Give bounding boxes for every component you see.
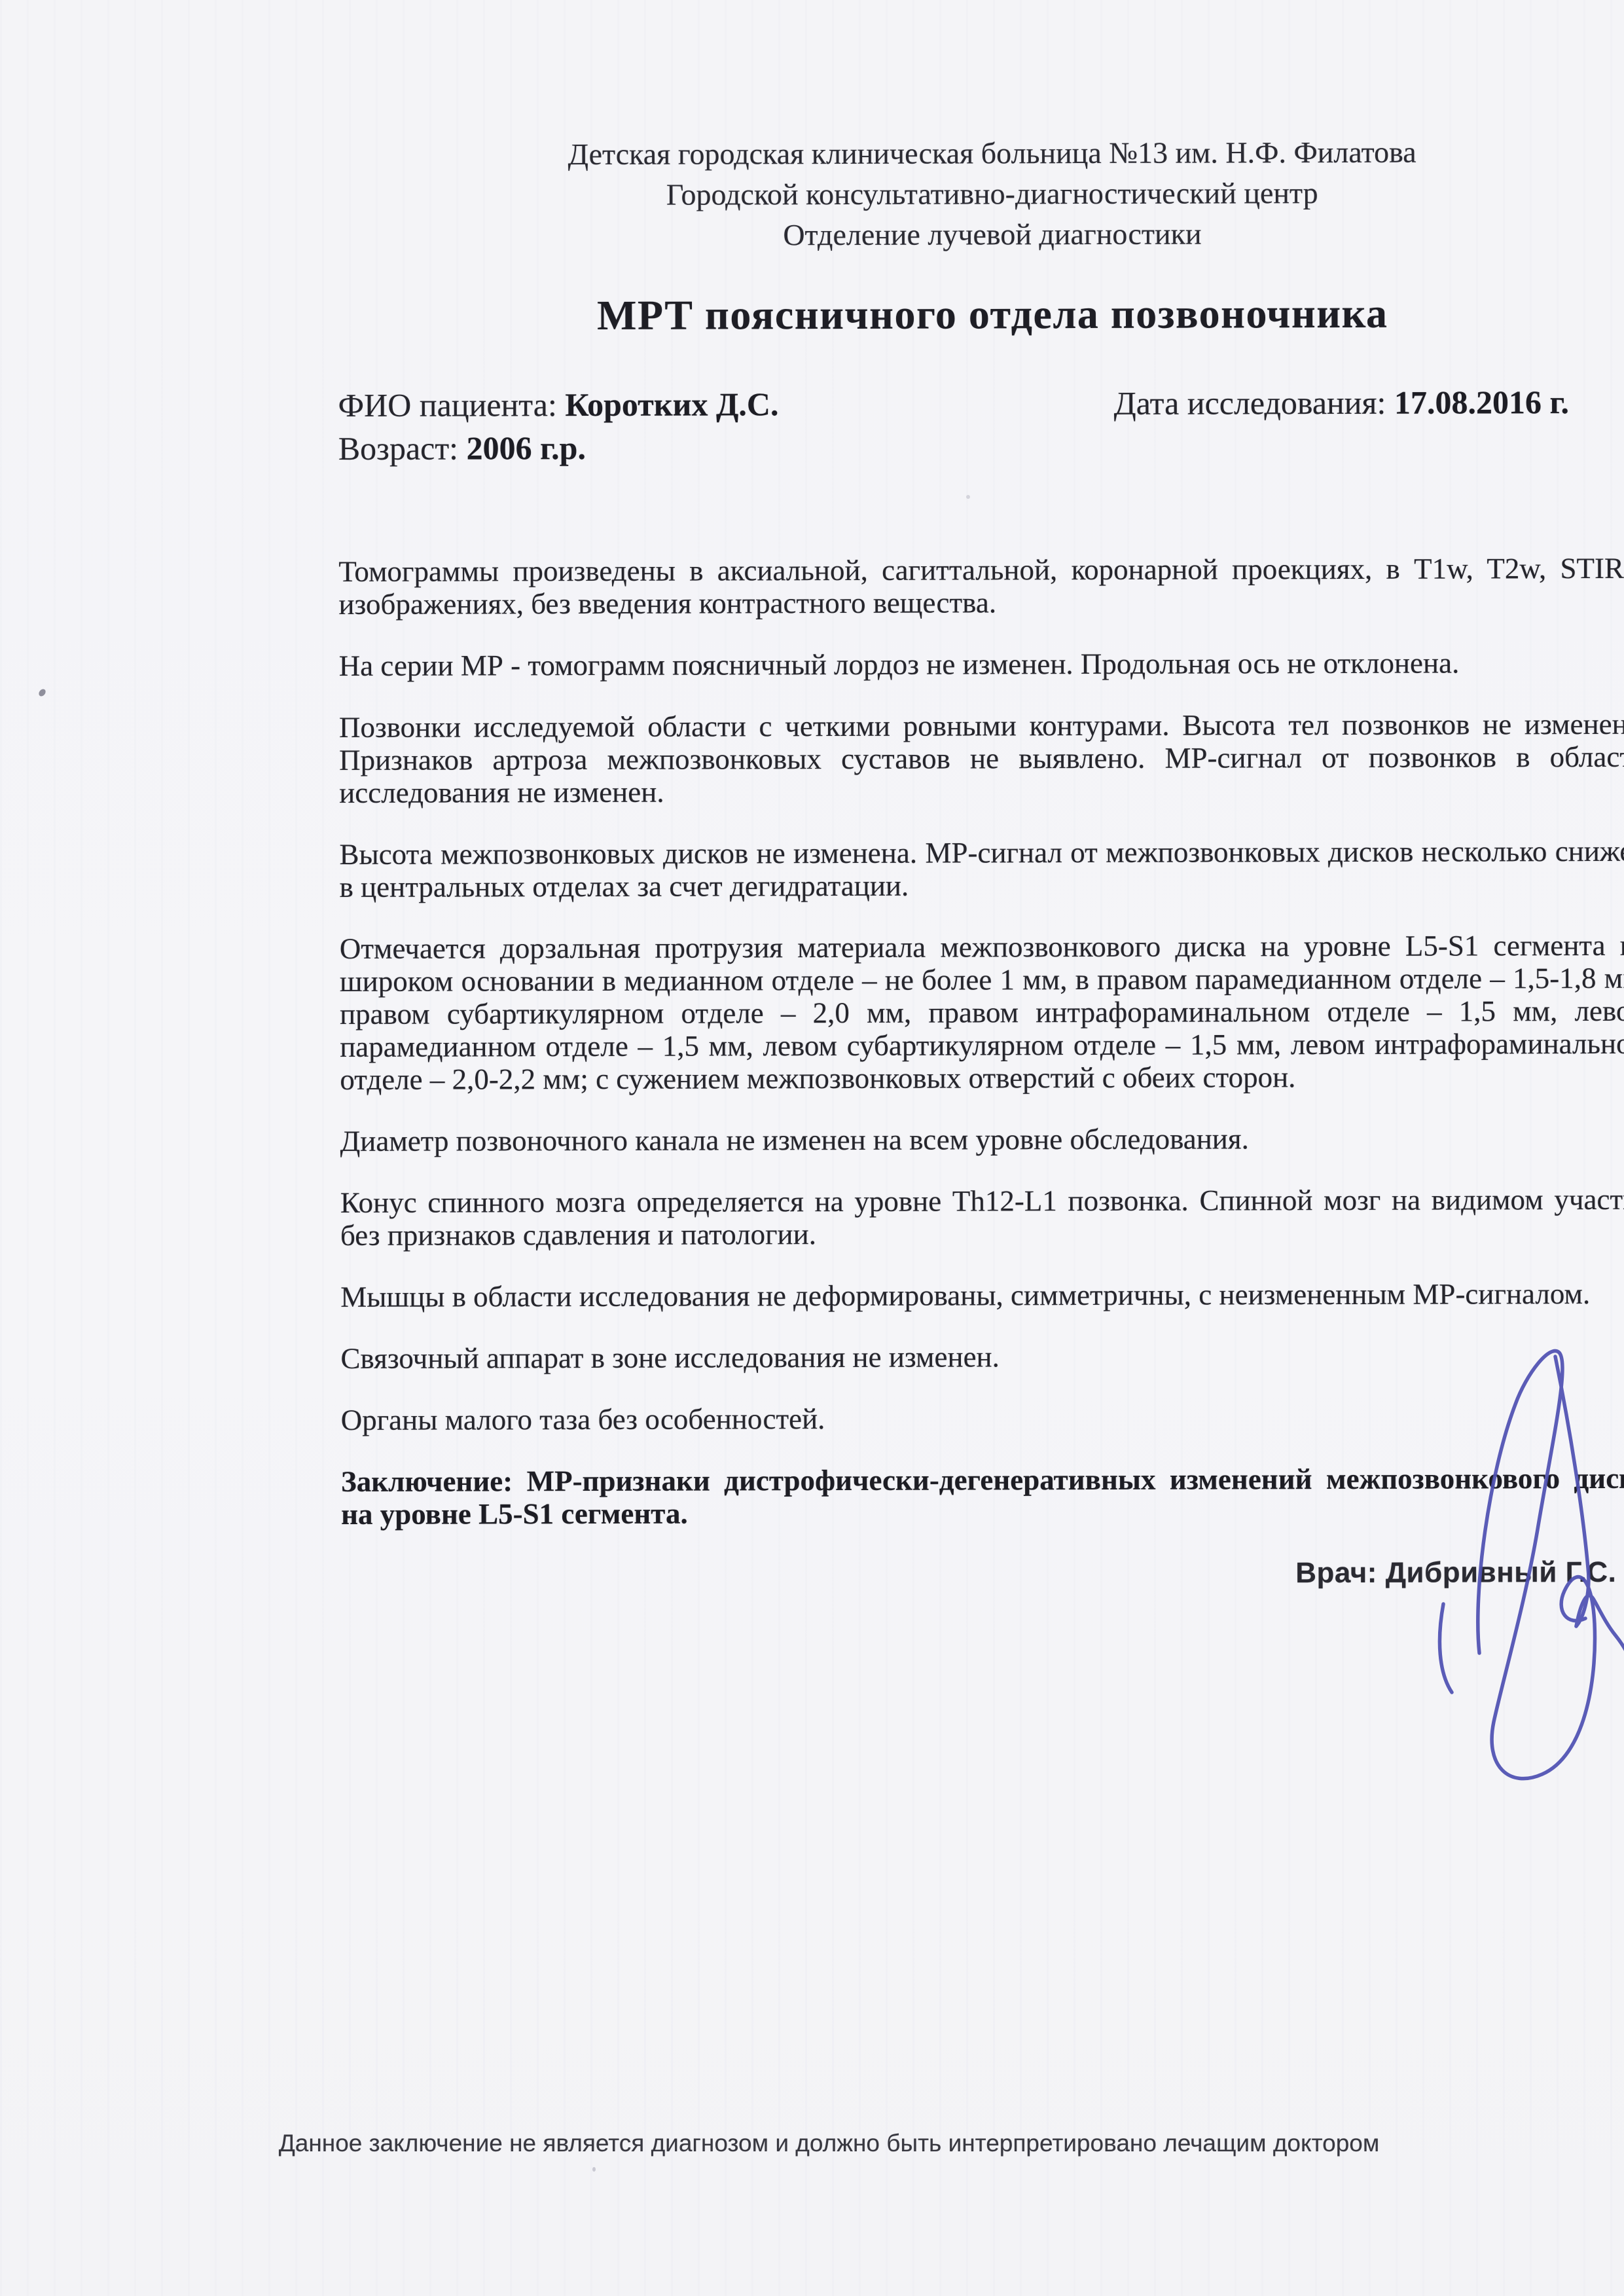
org-department-line: Отделение лучевой диагностики: [338, 213, 1624, 257]
report-paragraph: Диаметр позвоночного канала не изменен н…: [340, 1121, 1624, 1157]
report-paragraph: Отмечается дорзальная протрузия материал…: [340, 929, 1624, 1096]
patient-age-row: Возраст: 2006 г.р.: [338, 424, 1624, 470]
doctor-signature: [1381, 1342, 1624, 1813]
patient-age-value: 2006 г.р.: [466, 429, 586, 466]
patient-info-block: ФИО пациента: Коротких Д.С. Возраст: 200…: [338, 380, 1624, 470]
report-title: МРТ поясничного отдела позвоночника: [338, 287, 1624, 342]
signature-stroke: [1478, 1351, 1595, 1778]
patient-age-label: Возраст:: [338, 429, 467, 467]
scan-artifact-speck: [592, 2167, 596, 2172]
scan-artifact-speck: [966, 495, 970, 499]
org-center-line: Городской консультативно-диагностический…: [338, 172, 1624, 216]
report-paragraph: Мышцы в области исследования не деформир…: [340, 1277, 1624, 1313]
organization-header: Детская городская клиническая больница №…: [338, 132, 1624, 257]
patient-fio-label: ФИО пациента:: [338, 386, 566, 424]
scan-artifact-speck: [37, 688, 46, 698]
study-date-label: Дата исследования:: [1114, 384, 1394, 422]
org-name-line: Детская городская клиническая больница №…: [338, 132, 1624, 175]
report-paragraph: На серии МР - томограмм поясничный лордо…: [339, 646, 1624, 682]
report-paragraph: Томограммы произведены в аксиальной, саг…: [338, 552, 1624, 621]
report-paragraph: Позвонки исследуемой области с четкими р…: [339, 708, 1624, 809]
report-paragraph: Высота межпозвонковых дисков не изменена…: [339, 835, 1624, 903]
scanned-mri-report-page: Детская городская клиническая больница №…: [0, 0, 1624, 2296]
study-date-value: 17.08.2016 г.: [1394, 384, 1569, 421]
signature-stroke: [1439, 1604, 1452, 1692]
study-date-row: Дата исследования: 17.08.2016 г.: [1114, 380, 1570, 425]
disclaimer-footer: Данное заключение не является диагнозом …: [17, 2129, 1624, 2158]
report-paragraph: Конус спинного мозга определяется на уро…: [340, 1183, 1624, 1252]
patient-fio-value: Коротких Д.С.: [565, 386, 778, 423]
